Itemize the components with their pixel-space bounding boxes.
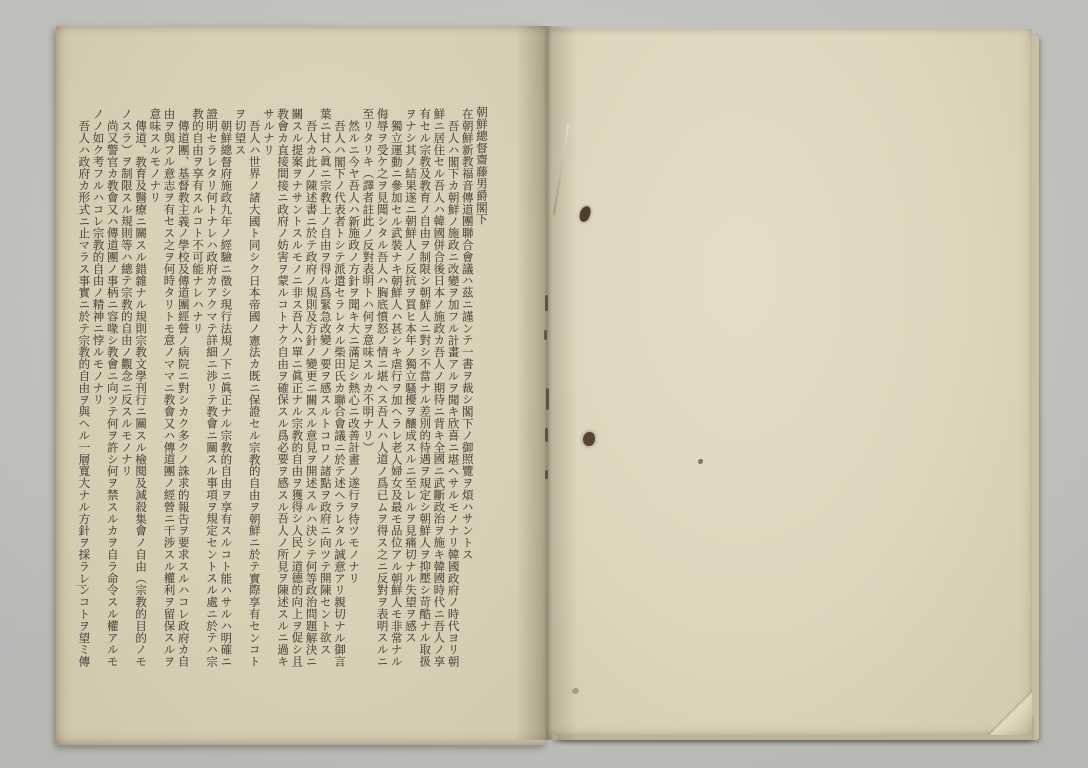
binding-stitch: [544, 330, 547, 340]
right-page-blank: [546, 29, 1032, 735]
document-text: 朝鮮總督齋藤男爵閣下 在朝鮮新教福音傳道團聯合會議ハ茲ニ謹ンテ一書ヲ裁シ閣下ノ御…: [77, 94, 489, 671]
body-text: 在朝鮮新教福音傳道團聯合會議ハ茲ニ謹ンテ一書ヲ裁シ閣下ノ御照覽ヲ煩ハサントス吾人…: [77, 94, 475, 671]
paragraph: 吾人カ此ノ陳述書ニ於テ政府ノ規則及方針ノ變更ニ關スル意見ヲ開述スルハ決シテ何等政…: [262, 108, 319, 671]
document-heading: 朝鮮總督齋藤男爵閣下: [475, 94, 489, 671]
ink-stain: [698, 459, 703, 464]
paragraph: 吾人ハ閣下ノ代表者トシテ派遣セラレタル柴田氏カ聯合會議ニ於テ述ヘラレタル誠意アリ…: [319, 108, 347, 671]
binding-stitch: [545, 295, 548, 311]
page-number: 一: [76, 582, 92, 592]
paragraph: 朝鮮總督府施政九年ノ經驗ニ徴シ現行法規ノ下ニ眞正ナル宗教的自由ヲ享有スルコト能ハ…: [191, 108, 234, 671]
paragraph: 吾人ハ閣下カ朝鮮ノ施政ニ改變ヲ加フル計畫アルヲ聞キ欣喜ニ堪ヘサルモノナリ韓國政府…: [404, 108, 461, 671]
left-page: 朝鮮總督齋藤男爵閣下 在朝鮮新教福音傳道團聯合會議ハ茲ニ謹ンテ一書ヲ裁シ閣下ノ御…: [56, 26, 546, 745]
paragraph: 在朝鮮新教福音傳道團聯合會議ハ茲ニ謹ンテ一書ヲ裁シ閣下ノ御照覽ヲ煩ハサントス: [461, 108, 475, 671]
ink-stain: [572, 688, 579, 694]
paragraph: 然ルニ今ヤ吾人ハ新施政ノ方針ヲ聞キ大ニ滿足シ熱心ニ改善計畫ノ遂行ヲ待ツモノナリ: [347, 108, 361, 671]
paragraph: 傳道團、基督教主義ノ學校及傳道團經營ノ病院ニ對シカク多クノ誅求的報告ヲ要求スルハ…: [148, 108, 191, 671]
corner-curl: [975, 690, 1032, 735]
paragraph: 獨立運動ニ參加セル武裝ナキ朝鮮人ハ甚シキ虐行ヲ加ヘラレ老人婦女及最モ品位アル朝鮮…: [361, 108, 404, 671]
paragraph: 吾人ハ世界ノ諸大國ト同シク日本帝國ノ憲法カ既ニ保證セル宗教的自由ヲ朝鮮ニ於テ實際…: [233, 108, 261, 671]
binding-stitch: [546, 388, 549, 410]
binding-stitch: [545, 428, 548, 442]
binding-stitch: [545, 470, 548, 479]
ink-stain: [583, 432, 595, 446]
paragraph: 尚又警官カ教會又ハ傳道團ノ事柄ニ容喙シ教會ニ向ツテ何ヲ許シ何ヲ禁スルカヲ自ラ命令…: [91, 108, 119, 671]
paragraph: 傳道、教育及醫療ニ關スル錯雜ナル規則宗教文學刊行ニ關スル檢閱及減殺集會ノ自由（宗…: [120, 108, 148, 671]
